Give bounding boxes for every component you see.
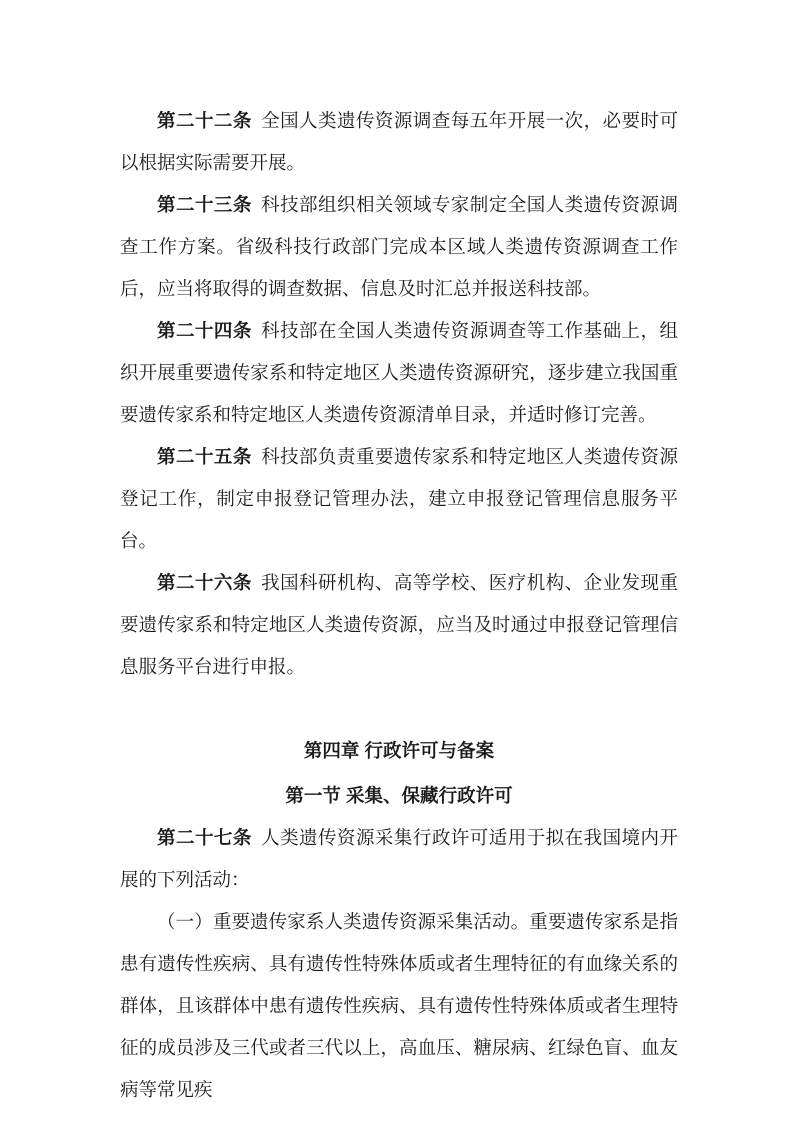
article-22-number: 第二十二条: [157, 110, 252, 131]
article-27-number: 第二十七条: [157, 827, 252, 848]
chapter-heading: 第四章 行政许可与备案: [120, 730, 678, 772]
article-26-number: 第二十六条: [157, 572, 252, 593]
list-item-1-text: （一）重要遗传家系人类遗传资源采集活动。重要遗传家系是指患有遗传性疾病、具有遗传…: [120, 911, 678, 1100]
article-23-number: 第二十三条: [157, 194, 252, 215]
list-item-1-paragraph: （一）重要遗传家系人类遗传资源采集活动。重要遗传家系是指患有遗传性疾病、具有遗传…: [120, 901, 678, 1111]
article-25-number: 第二十五条: [157, 446, 252, 467]
article-26-paragraph: 第二十六条我国科研机构、高等学校、医疗机构、企业发现重要遗传家系和特定地区人类遗…: [120, 562, 678, 688]
article-27-paragraph: 第二十七条人类遗传资源采集行政许可适用于拟在我国境内开展的下列活动：: [120, 817, 678, 901]
article-24-number: 第二十四条: [157, 320, 252, 341]
article-24-paragraph: 第二十四条科技部在全国人类遗传资源调查等工作基础上，组织开展重要遗传家系和特定地…: [120, 310, 678, 436]
section-heading: 第一节 采集、保藏行政许可: [120, 775, 678, 817]
document-body: 第二十二条全国人类遗传资源调查每五年开展一次，必要时可以根据实际需要开展。 第二…: [0, 0, 800, 1111]
article-23-paragraph: 第二十三条科技部组织相关领域专家制定全国人类遗传资源调查工作方案。省级科技行政部…: [120, 184, 678, 310]
article-25-paragraph: 第二十五条科技部负责重要遗传家系和特定地区人类遗传资源登记工作，制定申报登记管理…: [120, 436, 678, 562]
article-22-paragraph: 第二十二条全国人类遗传资源调查每五年开展一次，必要时可以根据实际需要开展。: [120, 100, 678, 184]
document-page: 第二十二条全国人类遗传资源调查每五年开展一次，必要时可以根据实际需要开展。 第二…: [0, 0, 800, 1131]
